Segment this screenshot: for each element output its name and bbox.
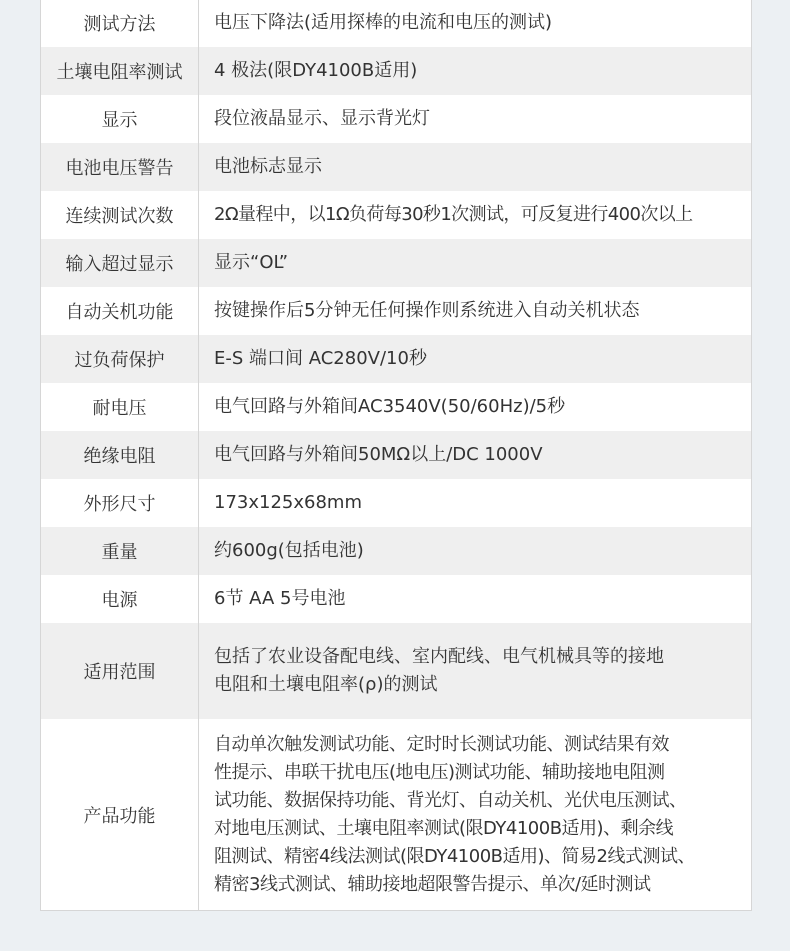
row-label: 显示 — [41, 95, 199, 143]
table-row: 测试方法 电压下降法(适用探棒的电流和电压的测试) — [41, 0, 751, 47]
row-value: 自动单次触发测试功能、定时时长测试功能、测试结果有效 性提示、串联干扰电压(地电… — [199, 719, 751, 910]
row-label: 土壤电阻率测试 — [41, 47, 199, 95]
row-value: 2Ω量程中，以1Ω负荷每30秒1次测试，可反复进行400次以上 — [199, 191, 751, 239]
row-value: 约600g(包括电池) — [199, 527, 751, 575]
table-row: 电源 6节 AA 5号电池 — [41, 575, 751, 623]
row-label: 适用范围 — [41, 623, 199, 719]
row-value: 按键操作后5分钟无任何操作则系统进入自动关机状态 — [199, 287, 751, 335]
row-label: 电池电压警告 — [41, 143, 199, 191]
row-value: 电压下降法(适用探棒的电流和电压的测试) — [199, 0, 751, 47]
table-row: 土壤电阻率测试 4 极法(限DY4100B适用) — [41, 47, 751, 95]
table-row: 显示 段位液晶显示、显示背光灯 — [41, 95, 751, 143]
row-label: 耐电压 — [41, 383, 199, 431]
table-row: 产品功能 自动单次触发测试功能、定时时长测试功能、测试结果有效 性提示、串联干扰… — [41, 719, 751, 910]
row-value: 173x125x68mm — [199, 479, 751, 527]
row-label: 绝缘电阻 — [41, 431, 199, 479]
row-value: 电气回路与外箱间50MΩ以上/DC 1000V — [199, 431, 751, 479]
row-value: 显示“OL” — [199, 239, 751, 287]
table-row: 自动关机功能 按键操作后5分钟无任何操作则系统进入自动关机状态 — [41, 287, 751, 335]
row-label: 输入超过显示 — [41, 239, 199, 287]
row-value: 电池标志显示 — [199, 143, 751, 191]
table-row: 耐电压 电气回路与外箱间AC3540V(50/60Hz)/5秒 — [41, 383, 751, 431]
spec-table: 测试方法 电压下降法(适用探棒的电流和电压的测试) 土壤电阻率测试 4 极法(限… — [40, 0, 752, 911]
row-label: 测试方法 — [41, 0, 199, 47]
table-row: 电池电压警告 电池标志显示 — [41, 143, 751, 191]
row-label: 电源 — [41, 575, 199, 623]
table-row: 重量 约600g(包括电池) — [41, 527, 751, 575]
table-row: 外形尺寸 173x125x68mm — [41, 479, 751, 527]
table-row: 绝缘电阻 电气回路与外箱间50MΩ以上/DC 1000V — [41, 431, 751, 479]
row-value: 段位液晶显示、显示背光灯 — [199, 95, 751, 143]
row-value: E-S 端口间 AC280V/10秒 — [199, 335, 751, 383]
row-label: 过负荷保护 — [41, 335, 199, 383]
table-row: 过负荷保护 E-S 端口间 AC280V/10秒 — [41, 335, 751, 383]
row-value: 电气回路与外箱间AC3540V(50/60Hz)/5秒 — [199, 383, 751, 431]
row-label: 连续测试次数 — [41, 191, 199, 239]
row-value: 包括了农业设备配电线、室内配线、电气机械具等的接地 电阻和土壤电阻率(ρ)的测试 — [199, 623, 751, 719]
row-label: 自动关机功能 — [41, 287, 199, 335]
row-value: 6节 AA 5号电池 — [199, 575, 751, 623]
table-row: 输入超过显示 显示“OL” — [41, 239, 751, 287]
row-label: 重量 — [41, 527, 199, 575]
row-label: 产品功能 — [41, 719, 199, 910]
row-value: 4 极法(限DY4100B适用) — [199, 47, 751, 95]
table-row: 适用范围 包括了农业设备配电线、室内配线、电气机械具等的接地 电阻和土壤电阻率(… — [41, 623, 751, 719]
table-row: 连续测试次数 2Ω量程中，以1Ω负荷每30秒1次测试，可反复进行400次以上 — [41, 191, 751, 239]
row-label: 外形尺寸 — [41, 479, 199, 527]
